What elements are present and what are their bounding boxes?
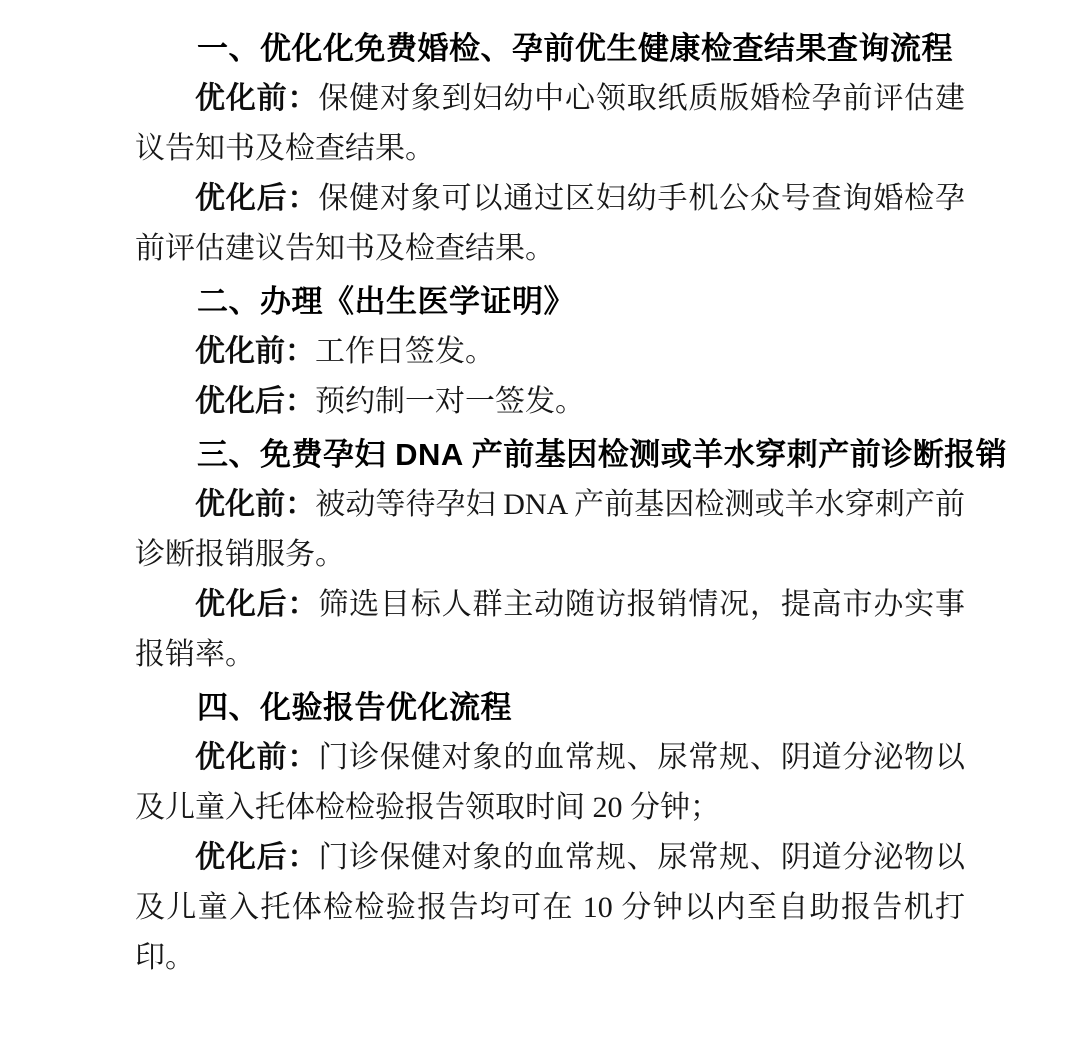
paragraph-after-optimization: 优化后：筛选目标人群主动随访报销情况，提高市办实事报销率。 xyxy=(135,580,965,680)
optimize-after-label: 优化后： xyxy=(195,841,318,874)
optimize-before-label: 优化前： xyxy=(195,82,318,115)
section-heading: 三、免费孕妇 DNA 产前基因检测或羊水穿刺产前诊断报销 xyxy=(135,430,965,480)
optimize-after-label: 优化后： xyxy=(195,182,318,215)
optimize-before-label: 优化前： xyxy=(195,741,318,774)
section-1-marriage-check-query: 一、优化化免费婚检、孕前优生健康检查结果查询流程 优化前：保健对象到妇幼中心领取… xyxy=(135,24,965,274)
optimize-after-label: 优化后： xyxy=(195,385,315,418)
section-heading: 一、优化化免费婚检、孕前优生健康检查结果查询流程 xyxy=(135,24,965,74)
paragraph-text: 预约制一对一签发。 xyxy=(315,385,585,418)
paragraph-before-optimization: 优化前：门诊保健对象的血常规、尿常规、阴道分泌物以及儿童入托体检检验报告领取时间… xyxy=(135,733,965,833)
section-2-birth-certificate: 二、办理《出生医学证明》 优化前：工作日签发。 优化后：预约制一对一签发。 xyxy=(135,277,965,427)
document-page: 一、优化化免费婚检、孕前优生健康检查结果查询流程 优化前：保健对象到妇幼中心领取… xyxy=(0,0,1080,1060)
paragraph-before-optimization: 优化前：工作日签发。 xyxy=(135,327,965,377)
paragraph-after-optimization: 优化后：预约制一对一签发。 xyxy=(135,377,965,427)
optimize-before-label: 优化前： xyxy=(195,488,315,521)
section-3-dna-prenatal-reimbursement: 三、免费孕妇 DNA 产前基因检测或羊水穿刺产前诊断报销 优化前：被动等待孕妇 … xyxy=(135,430,965,680)
paragraph-before-optimization: 优化前：被动等待孕妇 DNA 产前基因检测或羊水穿刺产前诊断报销服务。 xyxy=(135,480,965,580)
paragraph-before-optimization: 优化前：保健对象到妇幼中心领取纸质版婚检孕前评估建议告知书及检查结果。 xyxy=(135,74,965,174)
section-heading: 四、化验报告优化流程 xyxy=(135,683,965,733)
paragraph-after-optimization: 优化后：保健对象可以通过区妇幼手机公众号查询婚检孕前评估建议告知书及检查结果。 xyxy=(135,174,965,274)
optimize-after-label: 优化后： xyxy=(195,588,318,621)
optimize-before-label: 优化前： xyxy=(195,335,315,368)
section-heading: 二、办理《出生医学证明》 xyxy=(135,277,965,327)
paragraph-text: 工作日签发。 xyxy=(315,335,495,368)
paragraph-after-optimization: 优化后：门诊保健对象的血常规、尿常规、阴道分泌物以及儿童入托体检检验报告均可在 … xyxy=(135,833,965,983)
section-4-lab-report-process: 四、化验报告优化流程 优化前：门诊保健对象的血常规、尿常规、阴道分泌物以及儿童入… xyxy=(135,683,965,983)
